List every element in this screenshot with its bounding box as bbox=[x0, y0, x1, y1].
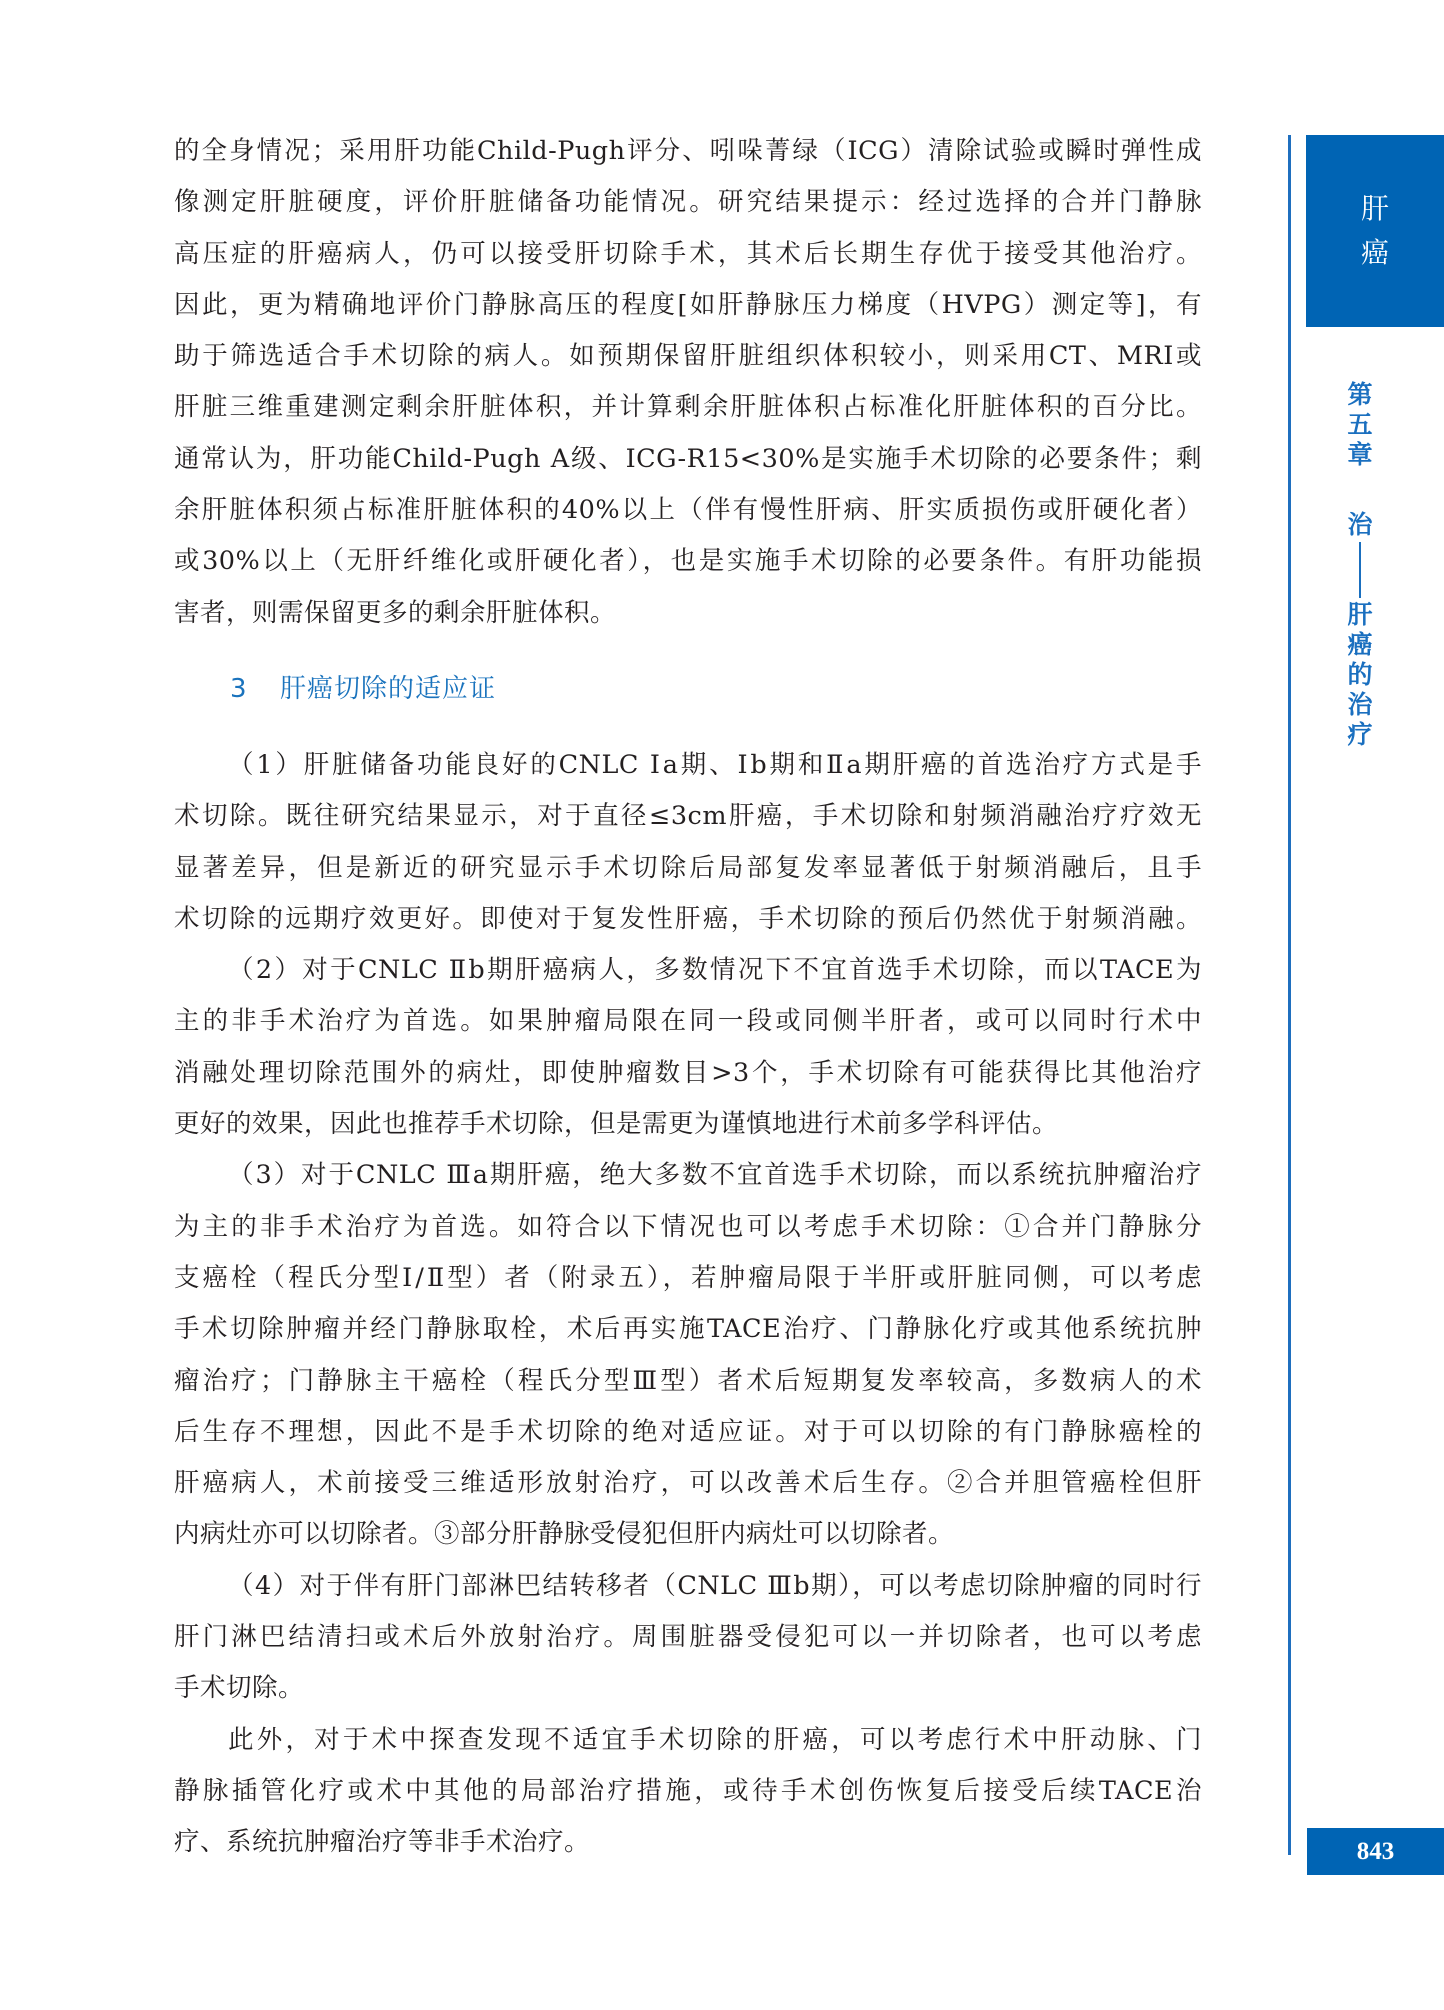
chapter-char: 治 bbox=[1347, 690, 1372, 720]
text-line: 为主的非手术治疗为首选。如符合以下情况也可以考虑手术切除：①合并门静脉分 bbox=[174, 1202, 1202, 1253]
side-tab-char: 肝 bbox=[1361, 187, 1389, 231]
text-line: 疗、系统抗肿瘤治疗等非手术治疗。 bbox=[174, 1817, 1202, 1868]
side-tab-liver-cancer: 肝 癌 bbox=[1306, 135, 1444, 327]
chapter-char: 章 bbox=[1347, 440, 1372, 470]
text-line: 更好的效果，因此也推荐手术切除，但是需更为谨慎地进行术前多学科评估。 bbox=[174, 1099, 1202, 1150]
side-tab-char: 癌 bbox=[1361, 231, 1389, 275]
text-line: （2）对于CNLC Ⅱb期肝癌病人，多数情况下不宜首选手术切除，而以TACE为 bbox=[174, 945, 1202, 996]
paragraph-4: （4）对于伴有肝门部淋巴结转移者（CNLC Ⅲb期），可以考虑切除肿瘤的同时行 … bbox=[174, 1561, 1202, 1715]
paragraph-5: 此外，对于术中探查发现不适宜手术切除的肝癌，可以考虑行术中肝动脉、门 静脉插管化… bbox=[174, 1715, 1202, 1869]
paragraph-3: （3）对于CNLC Ⅲa期肝癌，绝大多数不宜首选手术切除，而以系统抗肿瘤治疗 为… bbox=[174, 1150, 1202, 1560]
text-line: 此外，对于术中探查发现不适宜手术切除的肝癌，可以考虑行术中肝动脉、门 bbox=[174, 1715, 1202, 1766]
text-line: 肝脏三维重建测定剩余肝脏体积，并计算剩余肝脏体积占标准化肝脏体积的百分比。 bbox=[174, 382, 1202, 433]
text-line: 静脉插管化疗或术中其他的局部治疗措施，或待手术创伤恢复后接受后续TACE治 bbox=[174, 1766, 1202, 1817]
chapter-char: 癌 bbox=[1347, 630, 1372, 660]
text-line: 肝癌病人，术前接受三维适形放射治疗，可以改善术后生存。②合并胆管癌栓但肝 bbox=[174, 1458, 1202, 1509]
text-line: 消融处理切除范围外的病灶，即使肿瘤数目>3个，手术切除有可能获得比其他治疗 bbox=[174, 1048, 1202, 1099]
text-line: 主的非手术治疗为首选。如果肿瘤局限在同一段或同侧半肝者，或可以同时行术中 bbox=[174, 996, 1202, 1047]
em-dash-vertical bbox=[1359, 542, 1361, 598]
text-line: 手术切除肿瘤并经门静脉取栓，术后再实施TACE治疗、门静脉化疗或其他系统抗肿 bbox=[174, 1304, 1202, 1355]
paragraph-2: （2）对于CNLC Ⅱb期肝癌病人，多数情况下不宜首选手术切除，而以TACE为 … bbox=[174, 945, 1202, 1150]
text-line: 肝门淋巴结清扫或术后外放射治疗。周围脏器受侵犯可以一并切除者，也可以考虑 bbox=[174, 1612, 1202, 1663]
text-line: 内病灶亦可以切除者。③部分肝静脉受侵犯但肝内病灶可以切除者。 bbox=[174, 1509, 1202, 1560]
text-line: 余肝脏体积须占标准肝脏体积的40%以上（伴有慢性肝病、肝实质损伤或肝硬化者） bbox=[174, 485, 1202, 536]
text-line: 的全身情况；采用肝功能Child-Pugh评分、吲哚菁绿（ICG）清除试验或瞬时… bbox=[174, 126, 1202, 177]
text-line: 或30%以上（无肝纤维化或肝硬化者），也是实施手术切除的必要条件。有肝功能损 bbox=[174, 536, 1202, 587]
chapter-char: 五 bbox=[1347, 410, 1372, 440]
text-line: 手术切除。 bbox=[174, 1663, 1202, 1714]
page-body: 的全身情况；采用肝功能Child-Pugh评分、吲哚菁绿（ICG）清除试验或瞬时… bbox=[174, 126, 1202, 1869]
page-number-box: 843 bbox=[1307, 1828, 1444, 1875]
text-line: 因此，更为精确地评价门静脉高压的程度[如肝静脉压力梯度（HVPG）测定等]，有 bbox=[174, 280, 1202, 331]
margin-divider bbox=[1288, 135, 1291, 1855]
text-line: 瘤治疗；门静脉主干癌栓（程氏分型Ⅲ型）者术后短期复发率较高，多数病人的术 bbox=[174, 1356, 1202, 1407]
chapter-char: 治 bbox=[1347, 510, 1372, 540]
text-line: 像测定肝脏硬度，评价肝脏储备功能情况。研究结果提示：经过选择的合并门静脉 bbox=[174, 177, 1202, 228]
text-line: 术切除。既往研究结果显示，对于直径≤3cm肝癌，手术切除和射频消融治疗疗效无 bbox=[174, 791, 1202, 842]
section-heading: 3肝癌切除的适应证 bbox=[174, 664, 1202, 715]
intro-paragraph: 的全身情况；采用肝功能Child-Pugh评分、吲哚菁绿（ICG）清除试验或瞬时… bbox=[174, 126, 1202, 639]
text-line: 助于筛选适合手术切除的病人。如预期保留肝脏组织体积较小，则采用CT、MRI或 bbox=[174, 331, 1202, 382]
paragraph-1: （1）肝脏储备功能良好的CNLC Ⅰa期、Ⅰb期和Ⅱa期肝癌的首选治疗方式是手 … bbox=[174, 740, 1202, 945]
text-line: 高压症的肝癌病人，仍可以接受肝切除手术，其术后长期生存优于接受其他治疗。 bbox=[174, 229, 1202, 280]
text-line: （3）对于CNLC Ⅲa期肝癌，绝大多数不宜首选手术切除，而以系统抗肿瘤治疗 bbox=[174, 1150, 1202, 1201]
text-line: （4）对于伴有肝门部淋巴结转移者（CNLC Ⅲb期），可以考虑切除肿瘤的同时行 bbox=[174, 1561, 1202, 1612]
chapter-char: 疗 bbox=[1347, 720, 1372, 750]
text-line: 显著差异，但是新近的研究显示手术切除后局部复发率显著低于射频消融后，且手 bbox=[174, 843, 1202, 894]
text-line: 支癌栓（程氏分型Ⅰ/Ⅱ型）者（附录五），若肿瘤局限于半肝或肝脏同侧，可以考虑 bbox=[174, 1253, 1202, 1304]
text-line: 通常认为，肝功能Child-Pugh A级、ICG-R15<30%是实施手术切除… bbox=[174, 434, 1202, 485]
text-line: 害者，则需保留更多的剩余肝脏体积。 bbox=[174, 588, 1202, 639]
section-title: 肝癌切除的适应证 bbox=[280, 674, 496, 704]
chapter-char: 肝 bbox=[1347, 600, 1372, 630]
section-number: 3 bbox=[230, 664, 280, 715]
text-line: 术切除的远期疗效更好。即使对于复发性肝癌，手术切除的预后仍然优于射频消融。 bbox=[174, 894, 1202, 945]
page-number: 843 bbox=[1357, 1838, 1395, 1866]
chapter-char: 第 bbox=[1347, 380, 1372, 410]
text-line: （1）肝脏储备功能良好的CNLC Ⅰa期、Ⅰb期和Ⅱa期肝癌的首选治疗方式是手 bbox=[174, 740, 1202, 791]
text-line: 后生存不理想，因此不是手术切除的绝对适应证。对于可以切除的有门静脉癌栓的 bbox=[174, 1407, 1202, 1458]
chapter-marker: 第 五 章 治 肝 癌 的 治 疗 bbox=[1340, 380, 1380, 750]
chapter-char: 的 bbox=[1347, 660, 1372, 690]
